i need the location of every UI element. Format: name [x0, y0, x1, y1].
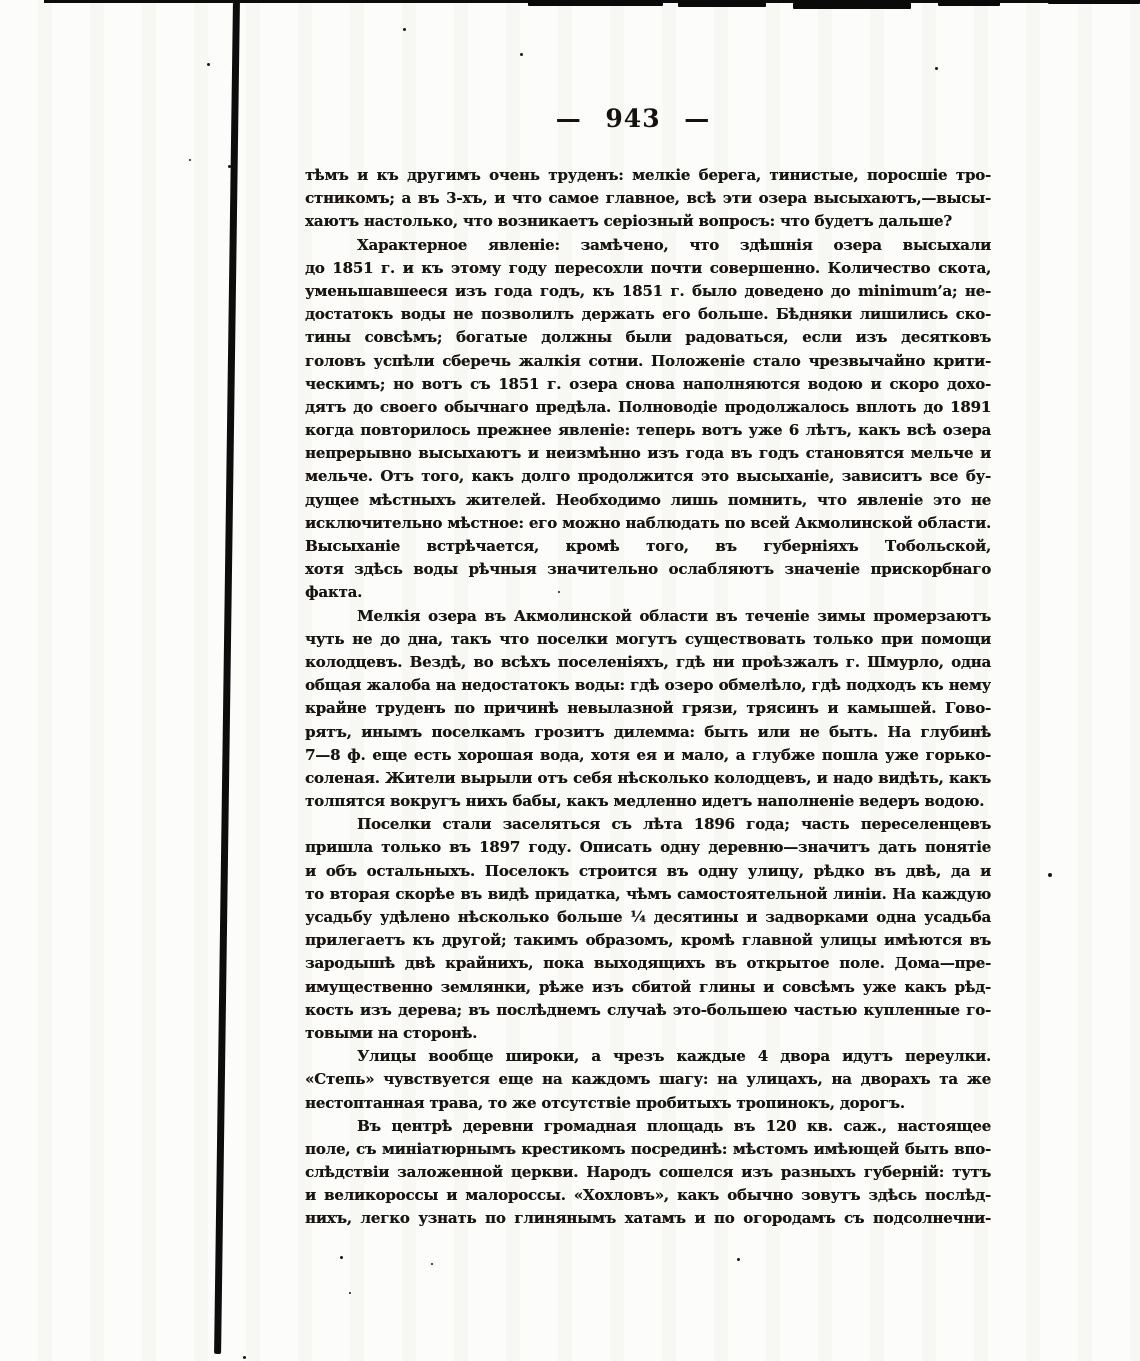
text-line: колодцевъ. Вездѣ, во всѣхъ поселеніяхъ, … — [305, 651, 991, 674]
ink-speck — [228, 165, 231, 168]
text-line: нихъ, легко узнать по глинянымъ хатамъ и… — [305, 1207, 991, 1230]
text-line: дущее мѣстныхъ жителей. Необходимо лишь … — [305, 489, 991, 512]
text-line: хотя здѣсь воды рѣчныя значительно ослаб… — [305, 558, 991, 581]
text-line: нестоптанная трава, то же отсутствіе про… — [305, 1092, 991, 1115]
text-line: слѣдствіи заложенной церкви. Народъ соше… — [305, 1161, 991, 1184]
ink-speck — [737, 1258, 740, 1261]
text-line: имущественно землянки, рѣже изъ сбитой г… — [305, 976, 991, 999]
scan-top-edge-blob — [793, 0, 911, 9]
text-line: факта. — [305, 581, 991, 604]
text-line: дятъ до своего обычнаго предѣла. Полново… — [305, 396, 991, 419]
text-line: когда повторилось прежнее явленіе: тепер… — [305, 419, 991, 442]
text-line: и великороссы и малороссы. «Хохловъ», ка… — [305, 1184, 991, 1207]
text-line: уменьшавшееся изъ года годъ, къ 1851 г. … — [305, 280, 991, 303]
text-line: прилегаетъ къ другой; такимъ образомъ, к… — [305, 929, 991, 952]
ink-speck — [431, 1263, 433, 1265]
ink-speck — [935, 67, 938, 70]
book-gutter-line — [214, 0, 240, 1354]
ink-speck — [520, 53, 523, 56]
text-line: соленая. Жители вырыли отъ себя нѣскольк… — [305, 767, 991, 790]
text-line: рятъ, инымъ поселкамъ грозитъ дилемма: б… — [305, 721, 991, 744]
text-line: тины совсѣмъ; богатые должны были радова… — [305, 326, 991, 349]
text-line: чуть не до дна, такъ что поселки могутъ … — [305, 628, 991, 651]
ink-speck — [243, 1356, 246, 1359]
text-line: головъ успѣли сберечь жалкія сотни. Поло… — [305, 350, 991, 373]
scan-top-edge-blob — [678, 0, 766, 7]
text-line: крайне труденъ по причинѣ невылазной гря… — [305, 697, 991, 720]
text-line: тѣмъ и къ другимъ очень труденъ: мелкіе … — [305, 164, 991, 187]
scan-top-edge-blob — [1048, 0, 1140, 4]
scan-top-edge-blob — [528, 0, 663, 6]
text-line: Мелкія озера въ Акмолинской области въ т… — [305, 605, 991, 628]
text-line: хаютъ настолько, что возникаетъ серіозны… — [305, 210, 991, 233]
ink-speck — [189, 159, 191, 161]
ink-speck — [349, 1292, 351, 1294]
scanned-book-page: { "page": { "number_label": "— 943 —", "… — [0, 0, 1140, 1361]
text-line: пришла только въ 1897 году. Описать одну… — [305, 836, 991, 859]
text-line: кость изъ дерева; въ послѣднемъ случаѣ э… — [305, 999, 991, 1022]
text-line: исключительно мѣстное: его можно наблюда… — [305, 512, 991, 535]
text-line: то вторая скорѣе въ видѣ придатка, чѣмъ … — [305, 883, 991, 906]
text-line: Улицы вообще широки, а чрезъ каждые 4 дв… — [305, 1045, 991, 1068]
ink-speck — [207, 63, 210, 66]
scan-top-edge-blob — [938, 0, 1000, 6]
text-block: тѣмъ и къ другимъ очень труденъ: мелкіе … — [305, 164, 991, 1231]
ink-speck — [1048, 873, 1052, 877]
text-line: «Степь» чувствуется еще на каждомъ шагу:… — [305, 1068, 991, 1091]
text-line: поле, съ миніатюрнымъ крестикомъ посреди… — [305, 1138, 991, 1161]
text-line: мельче. Отъ того, какъ долго продолжится… — [305, 465, 991, 488]
text-line: и объ остальныхъ. Поселокъ строится въ о… — [305, 860, 991, 883]
text-line: усадьбу удѣлено нѣсколько больше ¼ десят… — [305, 906, 991, 929]
text-line: толпятся вокругъ нихъ бабы, какъ медленн… — [305, 790, 991, 813]
text-line: Высыханіе встрѣчается, кромѣ того, въ гу… — [305, 535, 991, 558]
ink-speck — [340, 1256, 343, 1259]
text-line: непрерывно высыхаютъ и неизмѣнно изъ год… — [305, 442, 991, 465]
ink-speck — [558, 591, 560, 593]
text-line: зародышѣ двѣ крайнихъ, пока выходящихъ в… — [305, 952, 991, 975]
text-line: стникомъ; а въ 3-хъ, и что самое главное… — [305, 187, 991, 210]
text-line: до 1851 г. и къ этому году пересохли поч… — [305, 257, 991, 280]
text-line: 7—8 ф. еще есть хорошая вода, хотя ея и … — [305, 744, 991, 767]
text-line: товыми на сторонѣ. — [305, 1022, 991, 1045]
text-line: Въ центрѣ деревни громадная площадь въ 1… — [305, 1115, 991, 1138]
text-line: ческимъ; но вотъ съ 1851 г. озера снова … — [305, 373, 991, 396]
text-line: Поселки стали заселяться съ лѣта 1896 го… — [305, 813, 991, 836]
page-number: — 943 — — [305, 104, 961, 133]
ink-speck — [403, 28, 406, 31]
text-line: Характерное явленіе: замѣчено, что здѣшн… — [305, 234, 991, 257]
text-line: достатокъ воды не позволилъ держать его … — [305, 303, 991, 326]
text-line: общая жалоба на недостатокъ воды: гдѣ оз… — [305, 674, 991, 697]
